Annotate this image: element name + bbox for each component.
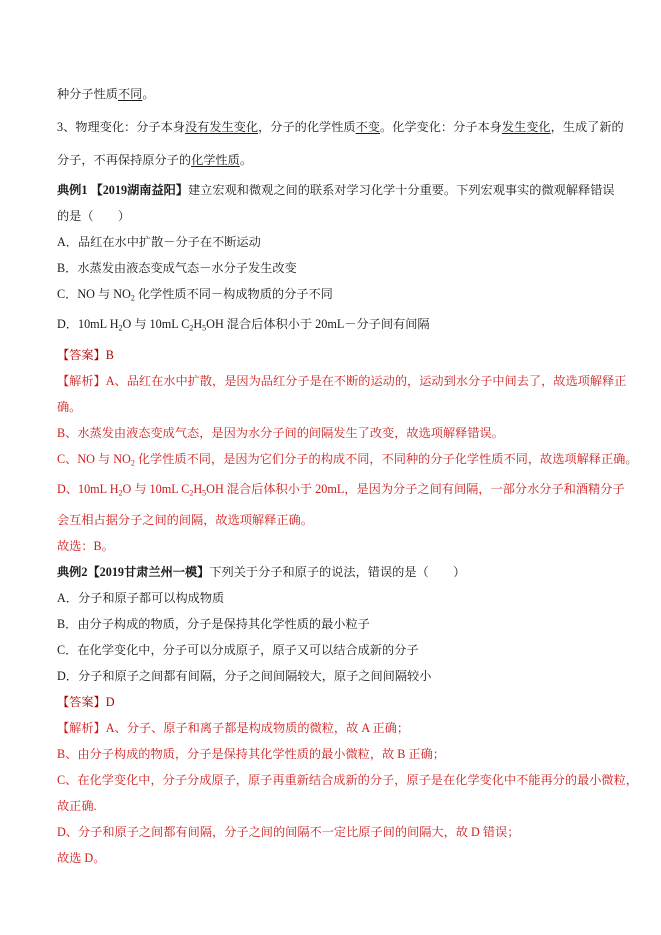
text-segment: 下列关于分子和原子的说法，错误的是（ ） [209, 565, 465, 579]
text-segment: D．分子和原子之间都有间隔，分子之间间隔较大，原子之间间隔较小 [57, 669, 431, 683]
text-segment: A．分子和原子都可以构成物质 [57, 591, 224, 605]
text-segment: 【答案】D [57, 695, 115, 709]
text-segment: O 与 10mL C [122, 482, 189, 496]
example1-answer: 【答案】B [57, 342, 621, 368]
text-segment: OH 混合后体积小于 20mL－分子间有间隔 [206, 317, 429, 331]
text-segment: 。 [142, 87, 154, 101]
underlined-text: 化学性质 [191, 153, 240, 167]
text-segment: D、10mL H [57, 482, 119, 496]
physical-change-definition: 3、物理变化：分子本身没有发生变化，分子的化学性质不变。化学变化：分子本身发生变… [57, 111, 621, 144]
text-segment: 【解析】A、分子、原子和离子都是构成物质的微粒，故 A 正确； [57, 721, 409, 735]
physical-change-definition-cont: 分子，不再保持原分子的化学性质。 [57, 144, 621, 177]
text-segment: ，生成了新的 [551, 120, 624, 134]
example2-analysis-a: 【解析】A、分子、原子和离子都是构成物质的微粒，故 A 正确； [57, 715, 621, 741]
text-segment: C．在化学变化中，分子可以分成原子，原子又可以结合成新的分子 [57, 643, 419, 657]
text-segment: B．水蒸发由液态变成气态－水分子发生改变 [57, 261, 297, 275]
text-segment: B．由分子构成的物质，分子是保持其化学性质的最小粒子 [57, 617, 370, 631]
text-segment: 的是（ ） [57, 209, 130, 223]
text-segment: 。 [240, 153, 252, 167]
example2-conclusion: 故选 D。 [57, 845, 621, 871]
text-segment: 【解析】A、品红在水中扩散，是因为品红分子是在不断的运动的，运动到水分子中间去了… [57, 374, 626, 388]
example1-analysis-a: 【解析】A、品红在水中扩散，是因为品红分子是在不断的运动的，运动到水分子中间去了… [57, 368, 621, 394]
bold-label: 典例1 【2019湖南益阳】 [57, 183, 188, 197]
text-segment: D．10mL H [57, 317, 119, 331]
underlined-text: 不变 [356, 120, 380, 134]
note-molecule-property-line: 种分子性质不同。 [57, 78, 621, 111]
text-segment: ，分子的化学性质 [258, 120, 356, 134]
example2-option-a: A．分子和原子都可以构成物质 [57, 585, 621, 611]
example1-question-cont: 的是（ ） [57, 203, 621, 229]
example1-conclusion: 故选：B。 [57, 533, 621, 559]
example1-option-a: A．品红在水中扩散－分子在不断运动 [57, 229, 621, 255]
text-segment: A．品红在水中扩散－分子在不断运动 [57, 235, 261, 249]
example1-analysis-a-cont: 确。 [57, 394, 621, 420]
example2-analysis-d: D、分子和原子之间都有间隔，分子之间的间隔不一定比原子间的间隔大，故 D 错误； [57, 819, 621, 845]
text-segment: H [193, 482, 202, 496]
example2-analysis-b: B、由分子构成的物质，分子是保持其化学性质的最小微粒，故 B 正确； [57, 741, 621, 767]
example2-option-b: B．由分子构成的物质，分子是保持其化学性质的最小粒子 [57, 611, 621, 637]
example1-analysis-b: B、水蒸发由液态变成气态，是因为水分子间的间隔发生了改变，故选项解释错误。 [57, 420, 621, 446]
text-segment: H [193, 317, 202, 331]
text-segment: 建立宏观和微观之间的联系对学习化学十分重要。下列宏观事实的微观解释错误 [188, 183, 615, 197]
text-segment: 故选：B。 [57, 539, 114, 553]
text-segment: B、水蒸发由液态变成气态，是因为水分子间的间隔发生了改变，故选项解释错误。 [57, 426, 504, 440]
text-segment: C、NO 与 NO [57, 452, 131, 466]
text-segment: C．NO 与 NO [57, 287, 131, 301]
text-segment: 3、物理变化：分子本身 [57, 120, 185, 134]
example1-analysis-d: D、10mL H2O 与 10mL C2H5OH 混合后体积小于 20mL，是因… [57, 476, 621, 506]
text-segment: C、在化学变化中，分子分成原子，原子再重新结合成新的分子，原子是在化学变化中不能… [57, 773, 638, 787]
example2-option-c: C．在化学变化中，分子可以分成原子，原子又可以结合成新的分子 [57, 637, 621, 663]
example1-analysis-c: C、NO 与 NO2 化学性质不同，是因为它们分子的构成不同，不同种的分子化学性… [57, 446, 621, 476]
example1-question-header: 典例1 【2019湖南益阳】建立宏观和微观之间的联系对学习化学十分重要。下列宏观… [57, 177, 621, 203]
text-segment: 种分子性质 [57, 87, 118, 101]
underlined-text: 不同 [118, 87, 142, 101]
text-segment: OH 混合后体积小于 20mL，是因为分子之间有间隔，一部分水分子和酒精分子 [206, 482, 624, 496]
example1-option-d: D．10mL H2O 与 10mL C2H5OH 混合后体积小于 20mL－分子… [57, 311, 621, 341]
text-segment: 故正确. [57, 799, 97, 813]
example2-question-header: 典例2【2019甘肃兰州一模】下列关于分子和原子的说法，错误的是（ ） [57, 559, 621, 585]
text-segment: 分子，不再保持原分子的 [57, 153, 191, 167]
text-segment: 确。 [57, 400, 81, 414]
text-segment: 【答案】B [57, 348, 114, 362]
text-segment: 化学性质不同－构成物质的分子不同 [135, 287, 333, 301]
text-segment: 。化学变化：分子本身 [380, 120, 502, 134]
text-segment: O 与 10mL C [122, 317, 189, 331]
example1-option-c: C．NO 与 NO2 化学性质不同－构成物质的分子不同 [57, 281, 621, 311]
bold-label: 典例2【2019甘肃兰州一模】 [57, 565, 209, 579]
underlined-text: 发生变化 [502, 120, 551, 134]
text-segment: 化学性质不同，是因为它们分子的构成不同，不同种的分子化学性质不同，故选项解释正确… [135, 452, 638, 466]
example2-analysis-c: C、在化学变化中，分子分成原子，原子再重新结合成新的分子，原子是在化学变化中不能… [57, 767, 621, 793]
text-segment: 会互相占据分子之间的间隔，故选项解释正确。 [57, 513, 313, 527]
document-page: 种分子性质不同。3、物理变化：分子本身没有发生变化，分子的化学性质不变。化学变化… [0, 0, 661, 935]
text-segment: 故选 D。 [57, 851, 105, 865]
example1-analysis-d-cont: 会互相占据分子之间的间隔，故选项解释正确。 [57, 507, 621, 533]
example1-option-b: B．水蒸发由液态变成气态－水分子发生改变 [57, 255, 621, 281]
text-segment: D、分子和原子之间都有间隔，分子之间的间隔不一定比原子间的间隔大，故 D 错误； [57, 825, 519, 839]
example2-analysis-c-cont: 故正确. [57, 793, 621, 819]
underlined-text: 没有发生变化 [185, 120, 258, 134]
example2-option-d: D．分子和原子之间都有间隔，分子之间间隔较大，原子之间间隔较小 [57, 663, 621, 689]
text-segment: B、由分子构成的物质，分子是保持其化学性质的最小微粒，故 B 正确； [57, 747, 445, 761]
example2-answer: 【答案】D [57, 689, 621, 715]
